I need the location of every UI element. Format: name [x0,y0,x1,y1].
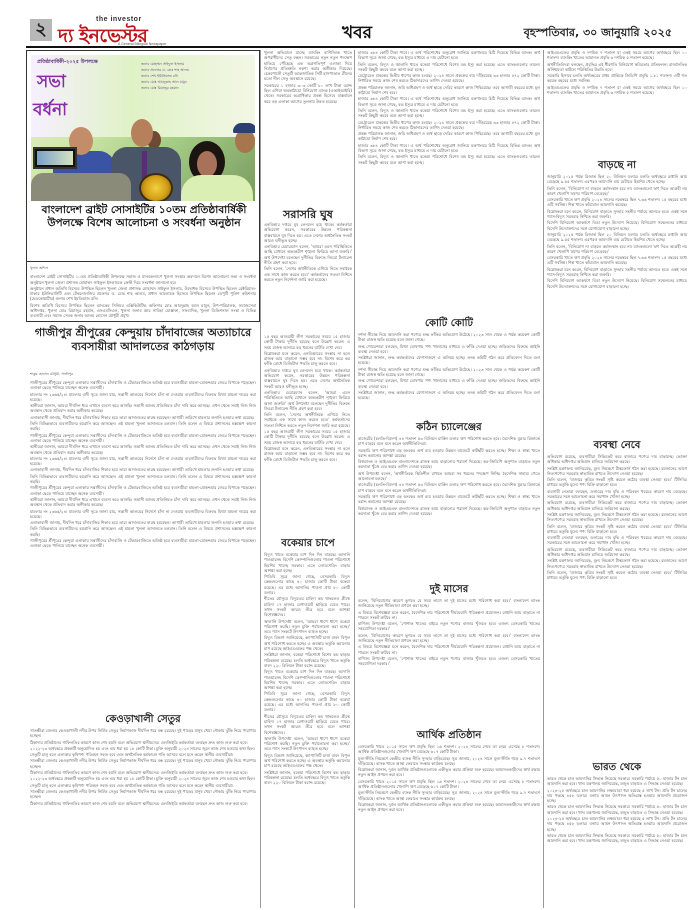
story-headline-gazipur[interactable]: গাজীপুর শ্রীপুরের কেন্দুয়ায় চাঁদাবাজের… [28,326,258,354]
section-heading-two-months[interactable]: দুই মাসের [356,582,542,599]
col3-intro: হাজার ৩৮৪ কোটি টাকা পাবে। এ অর্থ পরিশোধে… [358,50,540,312]
person-3 [181,175,253,201]
col3-section2: বাজেটের (চলতি-বিদেশ) ৪৪ শতাংশ ৫৩ বিলিয়ন… [358,436,540,584]
phone-icon [33,147,77,169]
section-heading-arrears[interactable]: বকেয়ার চাপে [262,536,354,553]
section-heading-will-take-action[interactable]: ব্যবস্থা নেবে [545,438,689,455]
lead-story[interactable]: প্রতিষ্ঠাবার্ষিকী-২০২৫ উপলক্ষে সভা বর্ধন… [26,50,260,262]
col2-section1-narrow: এনবিআর দপ্তরে ঘুষ লেনদেন হয়ে থাকে। কর্ম… [264,222,352,332]
col3-section4: বেসরকারি খাতে ২০১৫ সালে ঋণ প্রবৃদ্ধি ছিল… [358,744,540,908]
section-heading-not-increasing[interactable]: বাড়ছে না [545,158,689,175]
foreground-arm [31,173,131,201]
masthead-rule [26,46,686,48]
col4-intro: আইএমএফের প্রবৃদ্ধি ও দশমিক ৭ শতাংশ যা এক… [547,50,687,154]
cap [233,123,255,133]
col3-section3: বলেন, 'বিনিয়োগের কারণে ভুগতে যে সময় লা… [358,598,540,726]
lead-box-frame [26,262,260,322]
section-heading-crores[interactable]: কোটি কোটি [356,316,542,333]
section-heading-keorakhali[interactable]: কেওড়াখালী সেতুর [28,712,258,729]
col4-section3: ভারত থেকে চাল আমদানির সিদ্ধান্ত নিয়েছে … [547,776,687,908]
column-divider [354,50,355,908]
section-title: খবর [342,20,372,48]
banner-guest-list: জনাব মোহাম্মদ সাইফুল ইসলাম জনাব প্রফেসর … [141,61,251,91]
col4-section2: অভিযোগ রয়েছে, ব্যবসায়ীরা সিন্ডিকেট করে… [547,454,687,758]
person-2-head [131,119,153,147]
banner-title-1: সভা [37,69,66,97]
story-body-keorakhali: সাতক্ষীরা জেলার কেওড়াখালী নদীর উপর নির্… [30,728,256,908]
column-divider [543,50,544,908]
col2-intro: খুলনা অভিযানে যাচ্ছে ব্যাংকিং বাণিজ্যিক … [264,50,352,210]
col3-section1: দর্শনা সীমান্ত দিয়ে আমদানি করা পণ্যের শ… [358,332,540,428]
publication-date: বৃহস্পতিবার, ৩০ জানুয়ারি ২০২৫ [524,24,672,43]
col2-section1-wide: ১৫ বছর আওয়ামী লীগ সরকারের সময়ে ১৫ হাজা… [264,334,350,534]
page-number: ২ [30,19,52,41]
person-3-head [197,151,217,177]
section-heading-financial-institutions[interactable]: আর্থিক প্রতিষ্ঠান [356,728,542,745]
lead-headline[interactable]: বাংলাদেশ ব্রাইট সোসাইটির ১০তম প্রতিষ্ঠাব… [31,204,257,230]
story-byline: শাকুর হোসেন চৌধুরী, গাজীপুর [30,372,256,378]
story-body-gazipur: গাজীপুরের শ্রীপুরের কেন্দুয়া এলাকায় সন… [30,380,256,712]
col4-section1: জানুয়ারি ২০২৫ পর্যন্ত রিজার্ভ ছিল ২০ বি… [547,174,687,436]
column-divider [260,50,261,908]
lead-photo: প্রতিষ্ঠাবার্ষিকী-২০২৫ উপলক্ষে সভা বর্ধন… [31,55,255,201]
award-crest-icon [139,173,173,201]
masthead: ২ the investor দ্য ইনভেস্টর A General Bi… [26,16,686,44]
section-heading-tough-challenge[interactable]: কঠিন চ্যালেঞ্জের [356,420,542,437]
banner-top-text: প্রতিষ্ঠাবার্ষিকী-২০২৫ উপলক্ষে [37,59,98,67]
col2-section2: বিদ্যুৎ খাতে বকেয়ার চাপ দিন দিন বাড়ছে।… [264,552,350,908]
banner-title-2: বর্ধনা [33,97,67,125]
section-heading-from-india[interactable]: ভারত থেকে [545,760,689,777]
